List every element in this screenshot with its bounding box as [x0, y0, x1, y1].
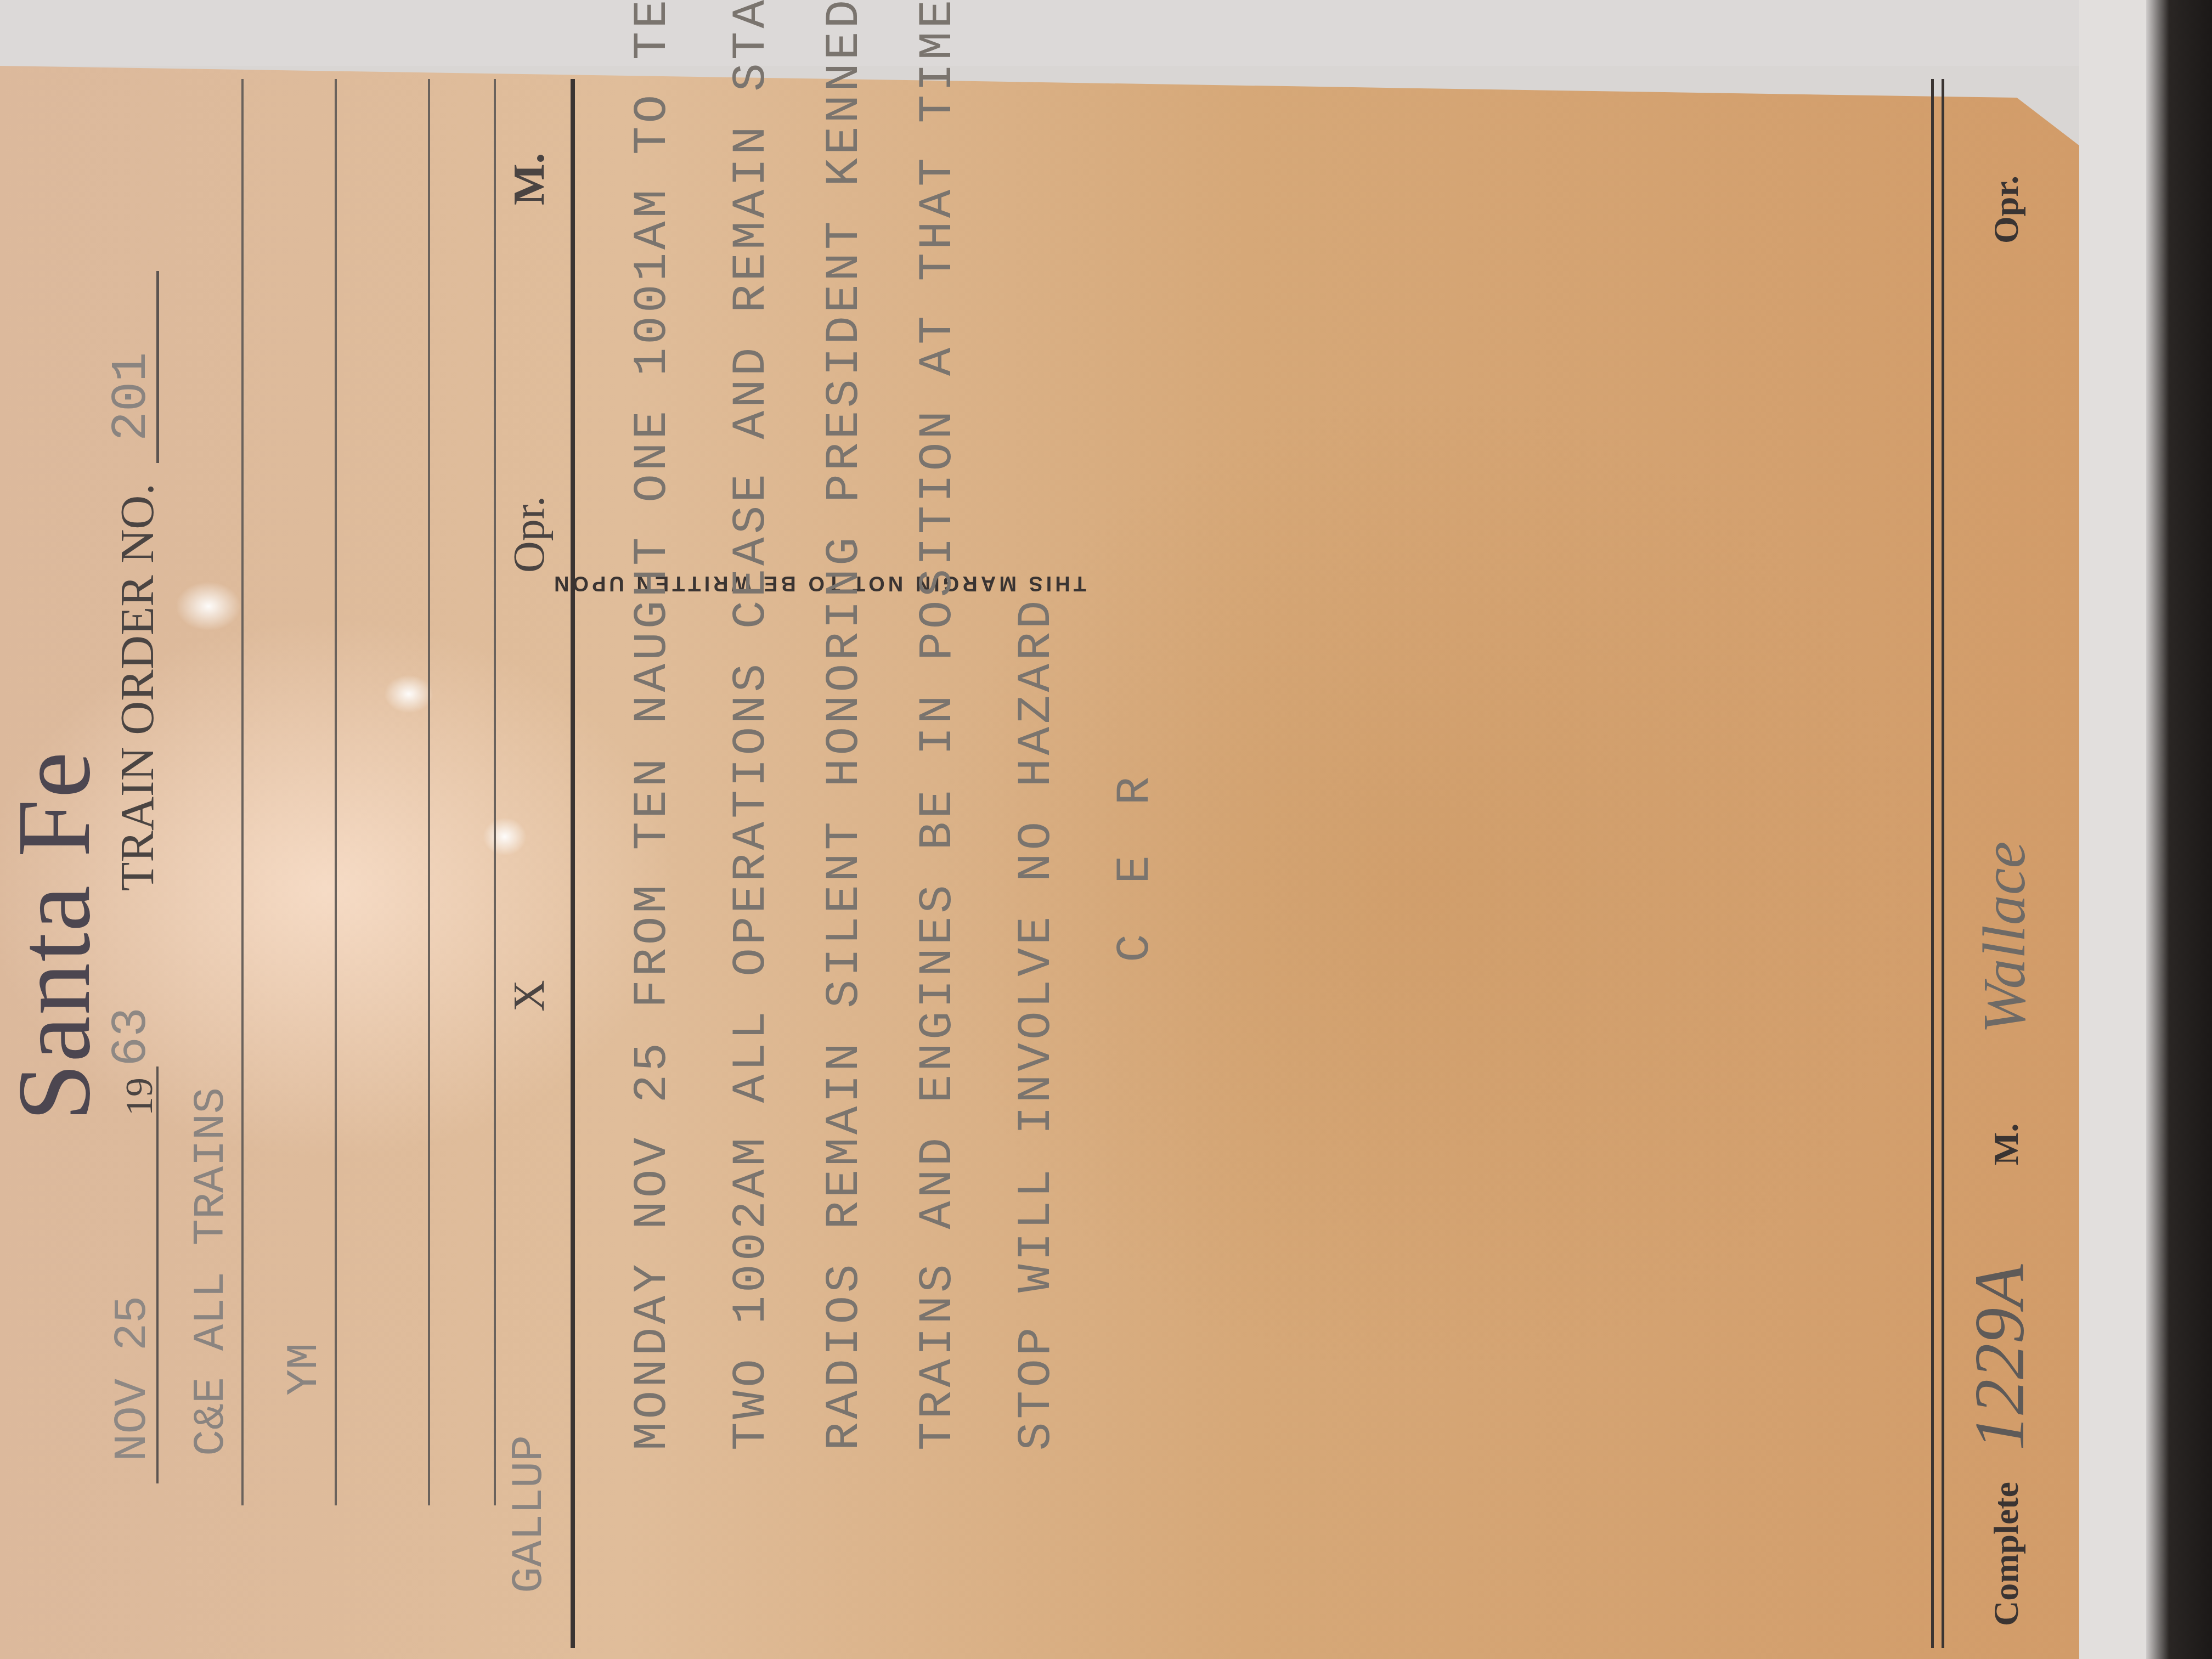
complete-label: Complete: [1986, 1482, 2027, 1626]
message-line-4: TRAINS AND ENGINES BE IN POSITION AT THA…: [911, 0, 964, 1451]
addressee-line-1: C&E ALL TRAINS: [187, 1087, 236, 1456]
picture-frame-edge: [2146, 0, 2212, 1659]
addressee-rule: [335, 79, 337, 1505]
message-line-5: STOP WILL INVOLVE NO HAZARD: [1009, 597, 1063, 1451]
addressee-line-2: YM: [280, 1343, 330, 1396]
message-line-3: RADIOS REMAIN SILENT HONORING PRESIDENT …: [817, 0, 871, 1451]
complete-time: 1229A: [1959, 1265, 2041, 1451]
addressee-rule: [428, 79, 430, 1505]
train-order-number: 201: [104, 352, 160, 441]
train-order-label: TRAIN ORDER NO.: [110, 483, 165, 891]
operator-signature: Wallace: [1970, 842, 2039, 1034]
message-line-2: TWO 1002AM ALL OPERATIONS CEASE AND REMA…: [724, 0, 778, 1451]
opr-label: Opr.: [505, 496, 555, 573]
order-year: 63: [104, 1007, 160, 1066]
railroad-logo: Santa Fe: [0, 751, 114, 1121]
year-prefix: 19: [118, 1077, 162, 1116]
message-line-1: MONDAY NOV 25 FROM TEN NAUGHT ONE 1001AM…: [625, 0, 679, 1451]
addressee-rule: [494, 79, 496, 1505]
addressee-rule: [241, 79, 244, 1505]
station-mark: X: [505, 980, 555, 1012]
order-date: NOV 25: [107, 1296, 159, 1462]
message-initials: C E R: [1108, 766, 1162, 962]
station-name: GALLUP: [505, 1435, 555, 1593]
mat-border-top: [0, 0, 2151, 66]
complete-m-label: M.: [1986, 1124, 2027, 1165]
train-order-form: FORM 8605 STANDARD Santa Fe NOV 25 19 63…: [0, 66, 2079, 1659]
m-label: M.: [505, 153, 555, 205]
complete-divider: [1931, 79, 1944, 1648]
footer-opr-label: Opr.: [1986, 176, 2027, 244]
message-box-top: [571, 79, 575, 1648]
